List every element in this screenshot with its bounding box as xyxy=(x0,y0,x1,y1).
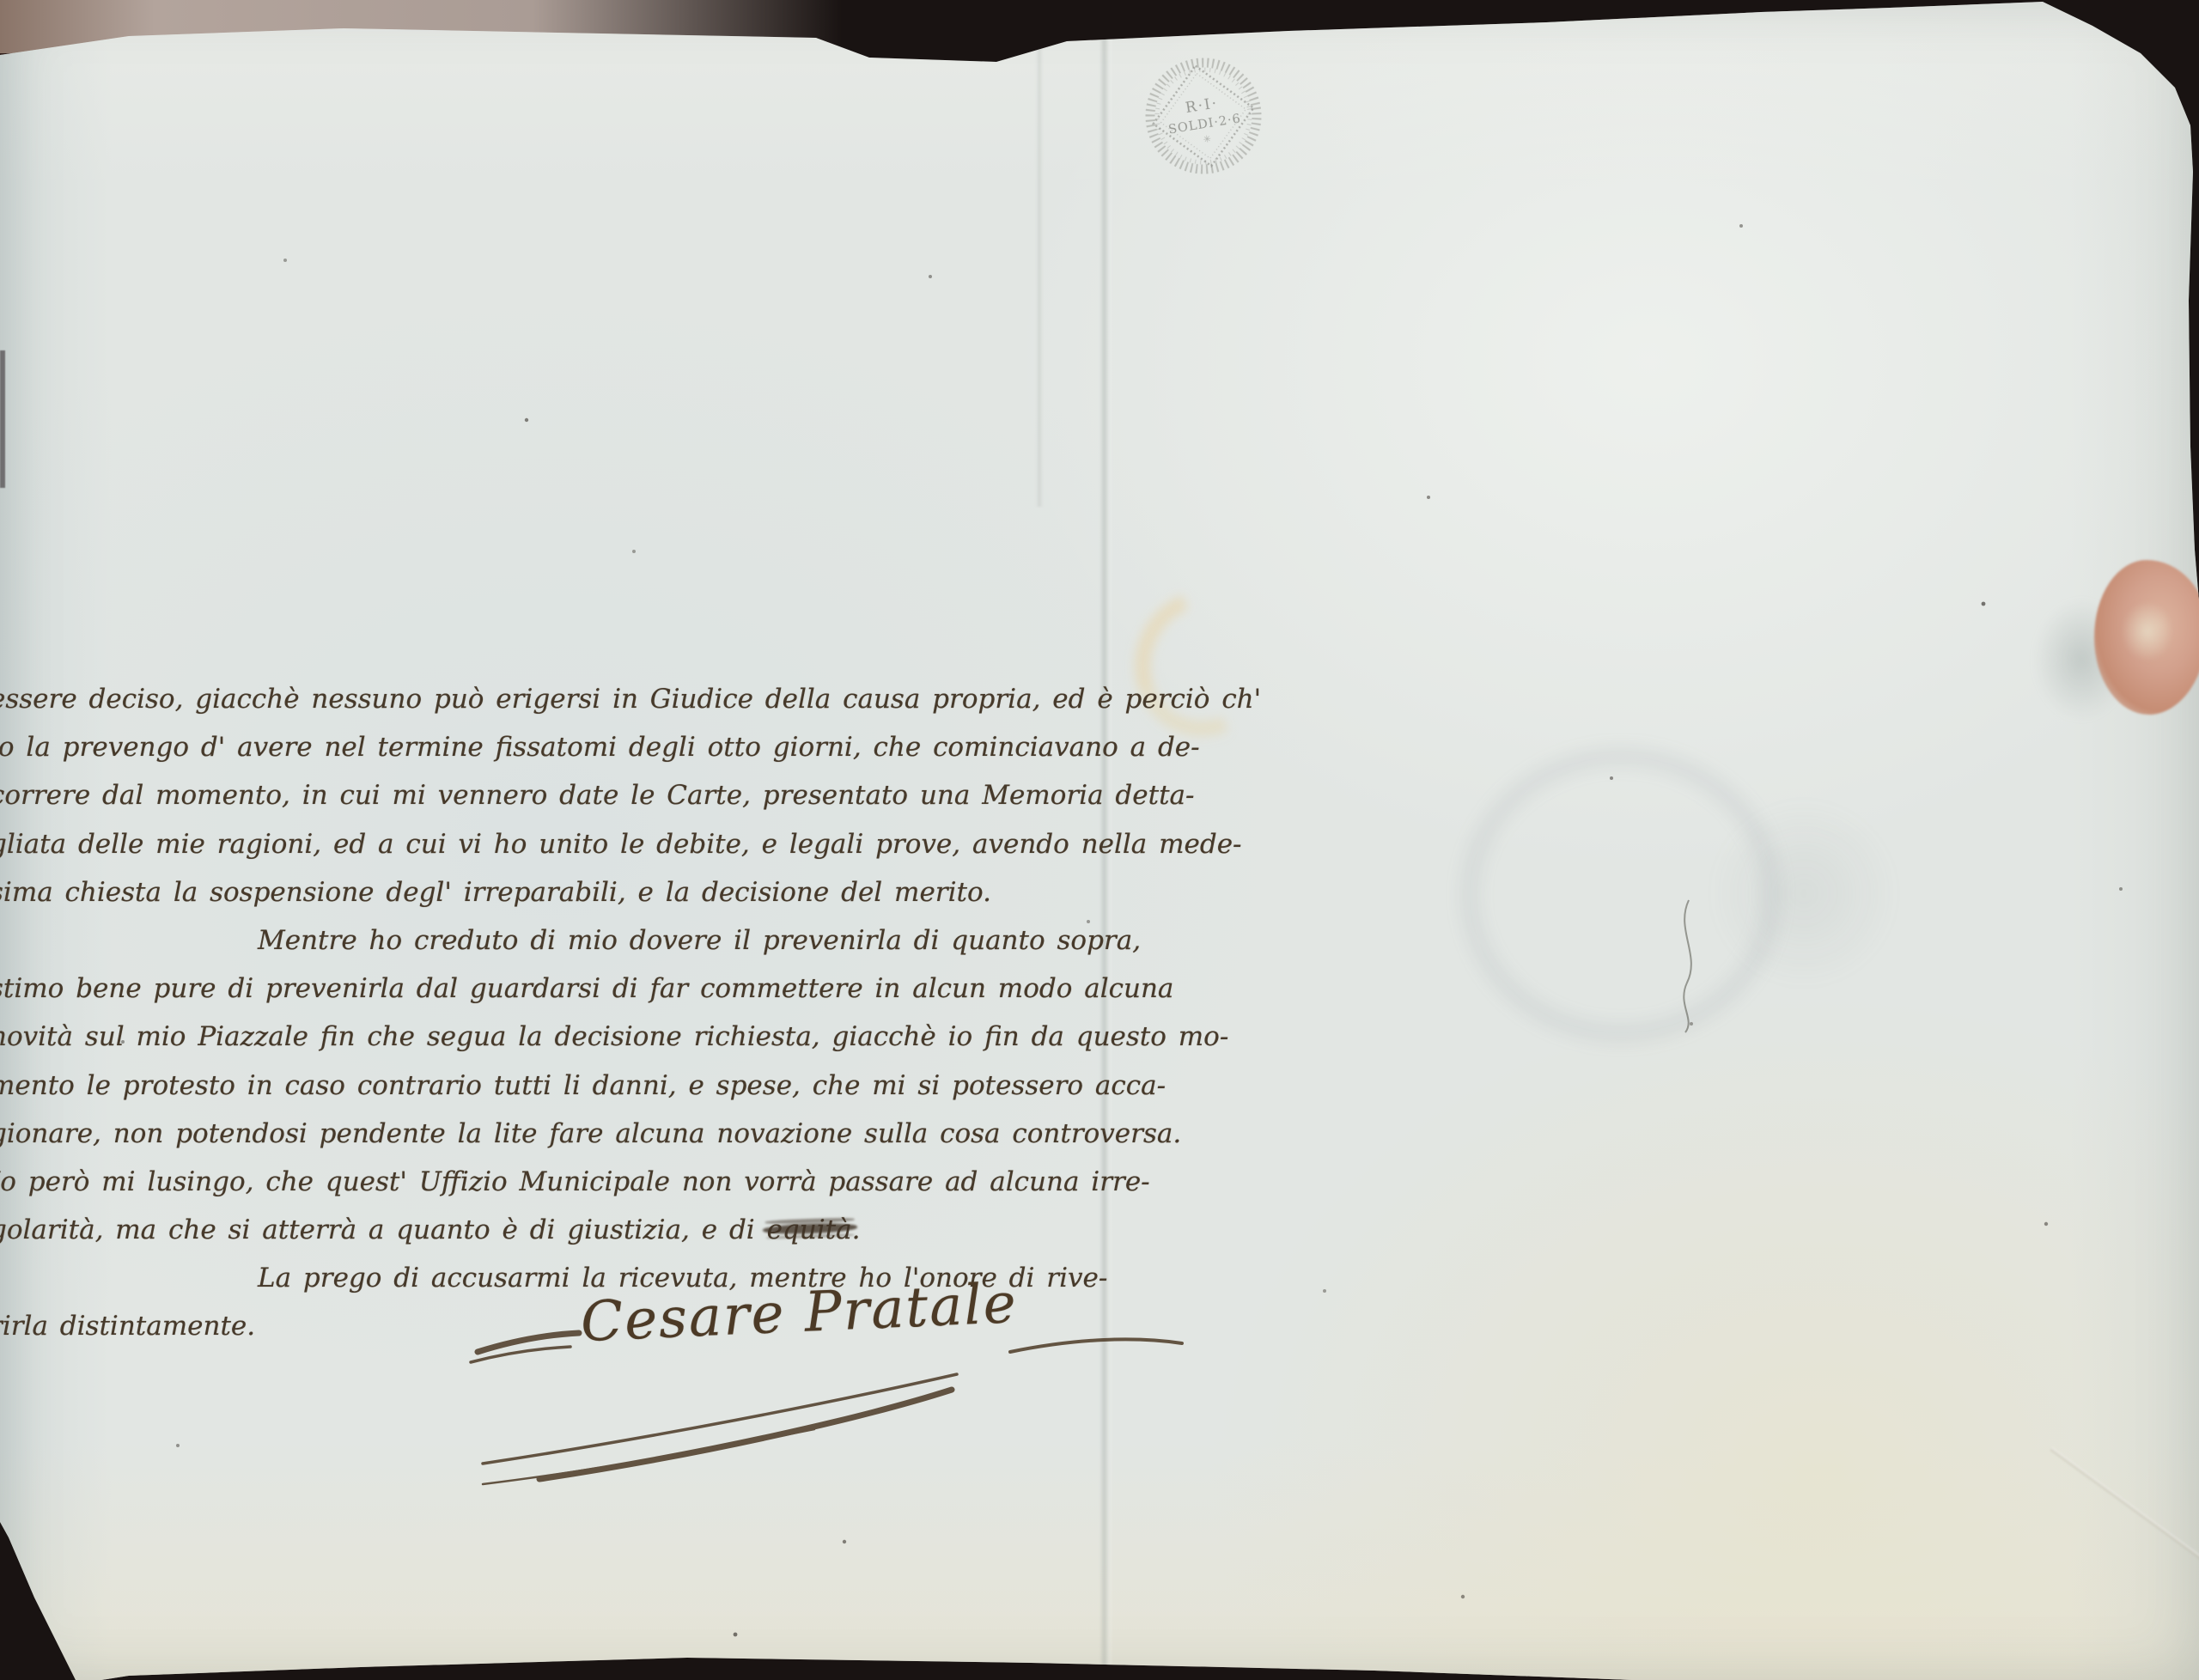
paper-sheet: R·I· SOLDI·2·6 ✳ essere deciso, giacchè … xyxy=(0,0,2199,1680)
red-stain-core xyxy=(2122,601,2173,661)
letter-line: novità sul mio Piazzale fin che segua la… xyxy=(0,1013,1175,1061)
letter-line: gliata delle mie ragioni, ed a cui vi ho… xyxy=(0,820,1175,868)
letter-line: stimo bene pure di prevenirla dal guarda… xyxy=(0,965,1175,1013)
stamp-ornament: ✳ xyxy=(1203,133,1212,145)
letter-line: correre dal momento, in cui mi vennero d… xyxy=(0,771,1175,819)
bottom-right-crease xyxy=(2050,1447,2199,1597)
letter-line: gionare, non potendosi pendente la lite … xyxy=(0,1110,1175,1158)
letter-line: sima chiesta la sospensione degl' irrepa… xyxy=(0,868,1175,916)
line-text: golarità, ma che si atterrà a quanto è d… xyxy=(0,1214,767,1245)
letter-line: essere deciso, giacchè nessuno può erige… xyxy=(0,675,1175,723)
letter-body: essere deciso, giacchè nessuno può erige… xyxy=(0,675,1175,1351)
letter-line: Io però mi lusingo, che quest' Uffizio M… xyxy=(0,1158,1175,1206)
stamp-text-ri: R·I· xyxy=(1185,94,1220,117)
scribbled-word: equità xyxy=(767,1206,852,1254)
manuscript-scan: R·I· SOLDI·2·6 ✳ essere deciso, giacchè … xyxy=(0,0,2199,1680)
letter-line: io la prevengo d' avere nel termine fiss… xyxy=(0,723,1175,771)
letter-line: mento le protesto in caso contrario tutt… xyxy=(0,1062,1175,1110)
minor-crease xyxy=(1036,26,1043,507)
revenue-stamp: R·I· SOLDI·2·6 ✳ xyxy=(1134,46,1274,186)
letter-line: golarità, ma che si atterrà a quanto è d… xyxy=(0,1206,1175,1254)
stamp-wreath: R·I· SOLDI·2·6 ✳ xyxy=(1142,55,1264,177)
scan-edge-nick xyxy=(0,350,5,488)
paper-fiber xyxy=(1666,893,1718,1039)
bleedthrough-ghost xyxy=(1709,799,1898,988)
line-text: . xyxy=(852,1214,861,1245)
letter-line: Mentre ho creduto di mio dovere il preve… xyxy=(0,916,1175,965)
signature-flourish xyxy=(454,1307,1227,1505)
